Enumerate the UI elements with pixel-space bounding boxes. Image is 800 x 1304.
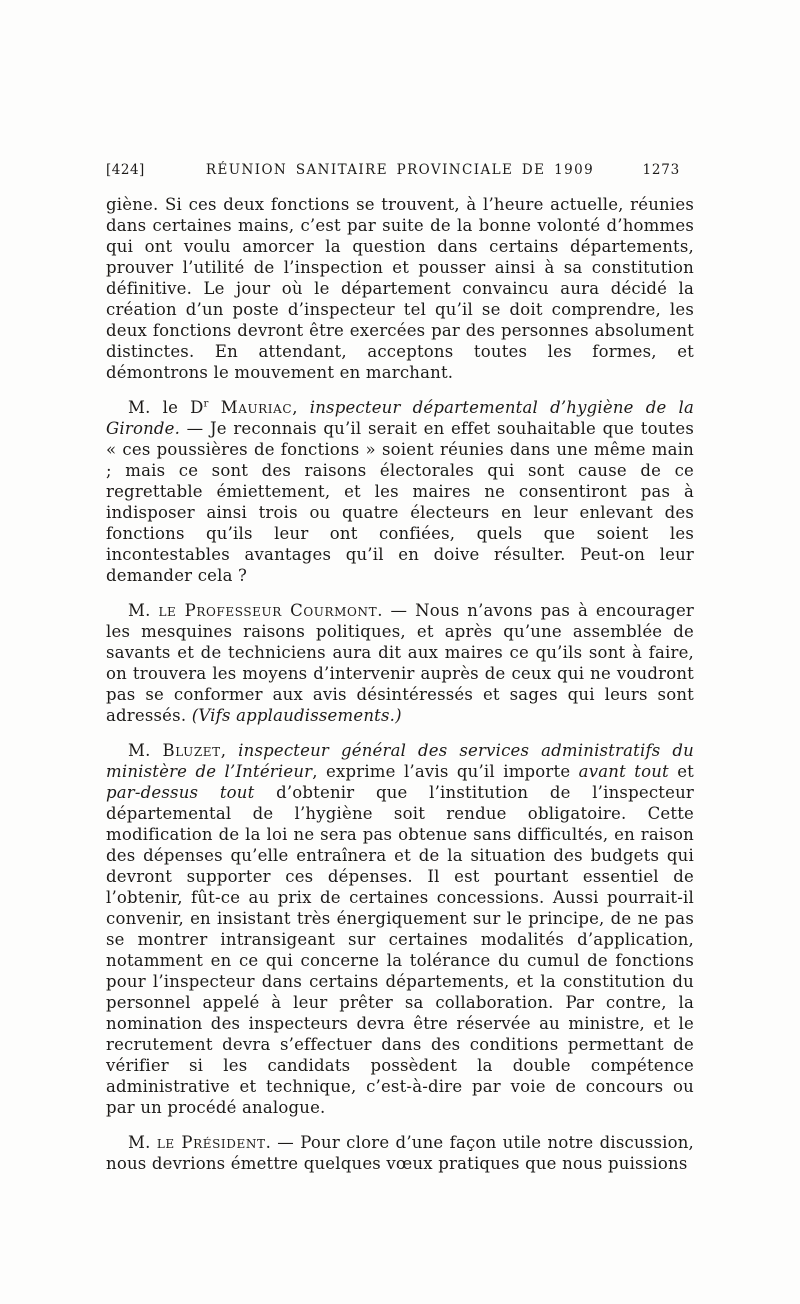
paragraph-4: M. Bluzet, inspecteur général des servic… bbox=[106, 740, 694, 1118]
book-page: [424] RÉUNION SANITAIRE PROVINCIALE DE 1… bbox=[0, 0, 800, 1304]
paragraph-5: M. le Président. — Pour clore d’une faço… bbox=[106, 1132, 694, 1174]
page-number: 1273 bbox=[604, 162, 694, 178]
text-segment: , bbox=[292, 398, 310, 417]
page-header-title: RÉUNION SANITAIRE PROVINCIALE DE 1909 bbox=[196, 162, 604, 178]
text-segment: le Professeur Courmont bbox=[158, 601, 377, 620]
text-segment: d’obtenir que l’institution de l’inspect… bbox=[106, 783, 694, 1117]
text-segment bbox=[209, 398, 221, 417]
text-segment: — Je reconnais qu’il serait en effet sou… bbox=[106, 419, 694, 585]
text-segment: le Président bbox=[157, 1133, 266, 1152]
text-segment: avant tout bbox=[579, 762, 669, 781]
text-segment: M. le D bbox=[128, 398, 204, 417]
text-segment: Bluzet bbox=[163, 741, 221, 760]
text-segment: M. bbox=[128, 1133, 157, 1152]
text-segment: giène. Si ces deux fonctions se trouvent… bbox=[106, 195, 694, 382]
paragraph-1: giène. Si ces deux fonctions se trouvent… bbox=[106, 194, 694, 383]
text-segment: M. bbox=[128, 601, 158, 620]
text-segment: Mauriac bbox=[221, 398, 293, 417]
running-header: [424] RÉUNION SANITAIRE PROVINCIALE DE 1… bbox=[106, 162, 694, 178]
text-segment: , exprime l’avis qu’il importe bbox=[312, 762, 578, 781]
text-segment: et bbox=[669, 762, 694, 781]
paragraph-2: M. le Dr Mauriac, inspecteur département… bbox=[106, 397, 694, 586]
text-segment: , bbox=[221, 741, 238, 760]
text-segment: M. bbox=[128, 741, 163, 760]
page-text-block: giène. Si ces deux fonctions se trouvent… bbox=[106, 194, 694, 1174]
article-reference: [424] bbox=[106, 162, 196, 178]
text-segment: par-dessus tout bbox=[106, 783, 254, 802]
text-segment: r bbox=[204, 399, 209, 410]
paragraph-3: M. le Professeur Courmont. — Nous n’avon… bbox=[106, 600, 694, 726]
text-segment: (Vifs applaudissements.) bbox=[192, 706, 402, 725]
